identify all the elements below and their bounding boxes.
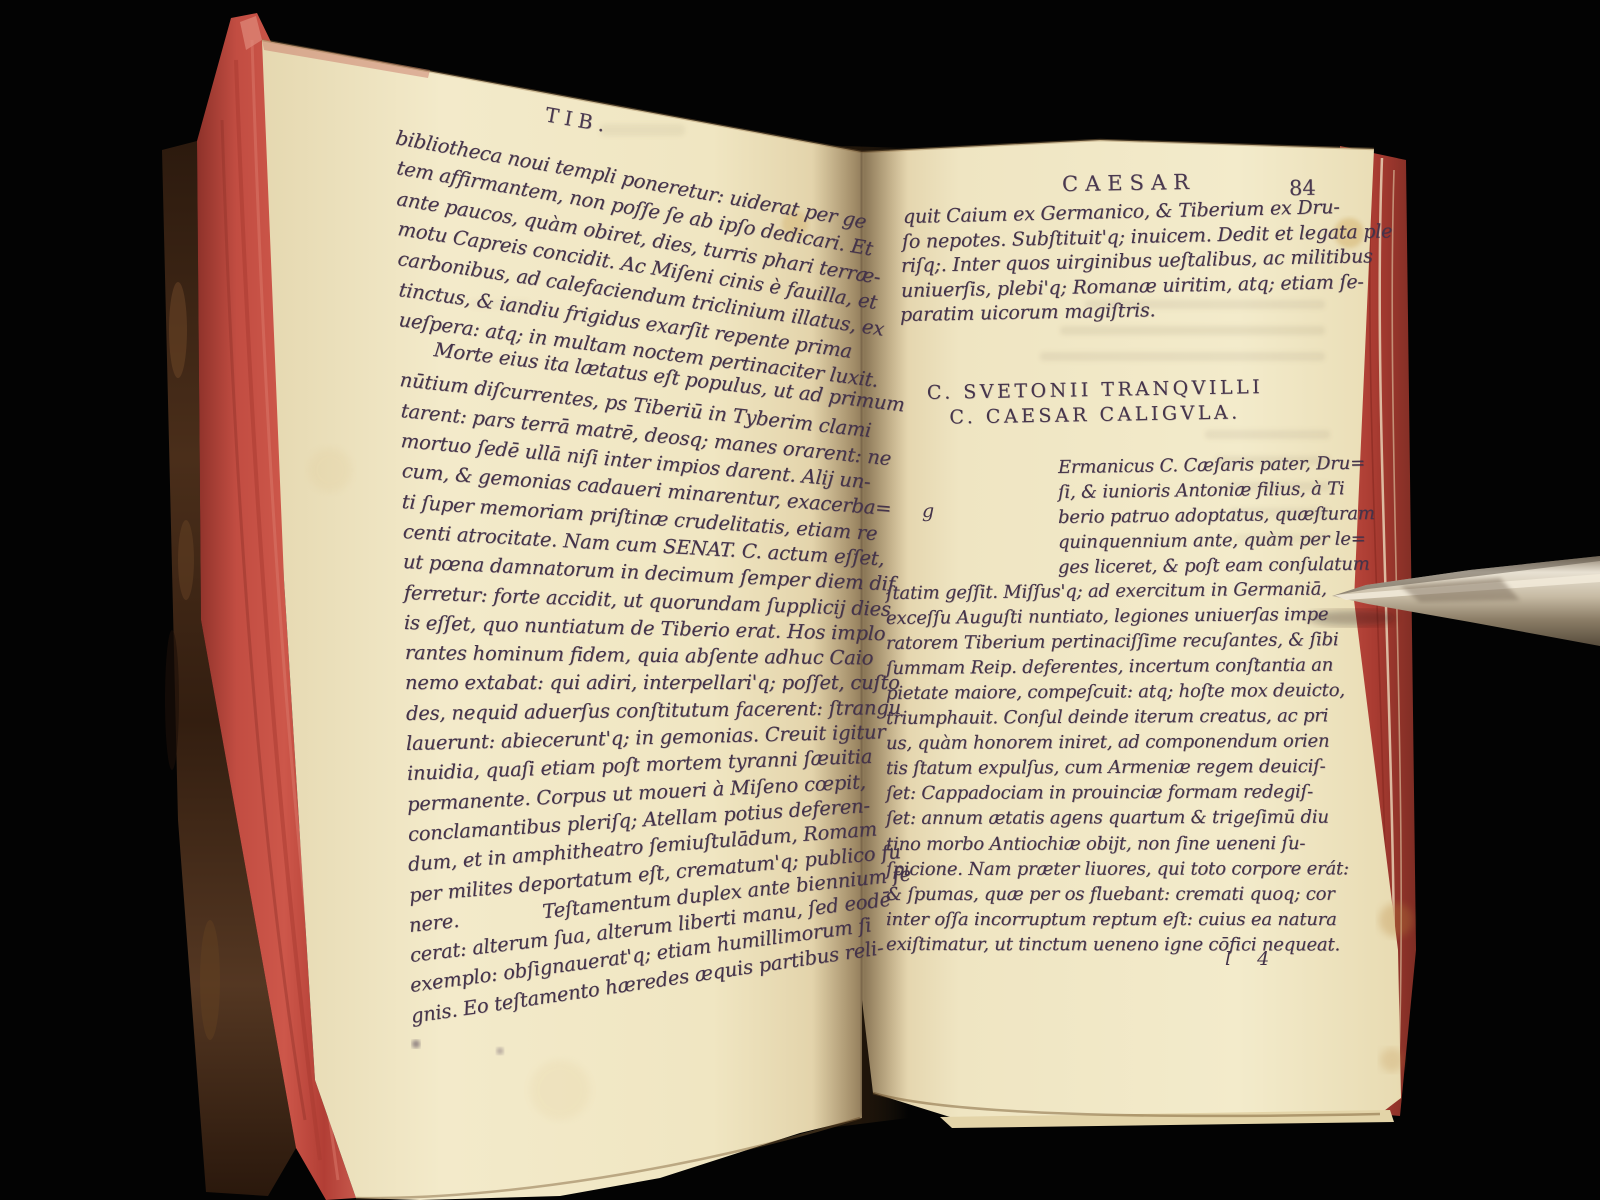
- text-line: exceſſu Auguſti nuntiato, legiones uniue…: [886, 604, 1329, 629]
- text-line: nemo extabat: qui adiri, interpellari'q;…: [405, 671, 900, 694]
- text-line: ſi, & iunioris Antoniæ filius, à Ti: [1058, 478, 1345, 503]
- text-line: ges liceret, & poſt eam conſulatum: [1058, 554, 1370, 578]
- page-text-layer: TIB. bibliotheca noui templi poneretur: …: [0, 0, 1600, 1200]
- text-line: ſpicione. Nam præter liuores, qui toto c…: [886, 858, 1349, 880]
- section-heading-line-2: C. CAESAR CALIGVLA.: [865, 400, 1325, 430]
- text-line: tino morbo Antiochiæ obijt, non ſine uen…: [886, 833, 1305, 855]
- text-line: berio patruo adoptatus, quæſturam: [1058, 503, 1375, 528]
- text-line: quinquennium ante, quàm per le=: [1058, 529, 1366, 554]
- text-line: des, nequid aduerſus conſtitutum faceren…: [405, 696, 900, 725]
- text-line: exiſtimatur, ut tinctum ueneno igne cōfi…: [886, 934, 1340, 955]
- signature-mark: l 4: [1225, 948, 1269, 970]
- text-line: Ermanicus C. Cæſaris pater, Dru=: [1058, 453, 1365, 478]
- text-line: & ſpumas, quæ per os fluebant: cremati q…: [886, 883, 1335, 904]
- text-line: inter oſſa incorruptum reptum eſt: cuius…: [886, 909, 1337, 930]
- text-line: ſet: annum ætatis agens quartum & trigeſ…: [886, 807, 1329, 829]
- text-line: us, quàm honorem iniret, ad componendum …: [886, 731, 1329, 754]
- book-photo: TIB. bibliotheca noui templi poneretur: …: [0, 0, 1600, 1200]
- text-line: rantes hominum fidem, quia abſente adhuc…: [404, 641, 873, 669]
- text-line: triumphauit. Conſul deinde iterum creatu…: [886, 705, 1328, 729]
- text-line: ſummam Reip. deferentes, incertum conſta…: [886, 654, 1333, 678]
- text-line: ſet: Cappadociam in prouinciæ formam red…: [886, 782, 1313, 805]
- left-running-header: TIB.: [543, 102, 612, 137]
- guide-letter: g: [922, 500, 934, 522]
- text-line: paratim uicorum magiſtris.: [900, 299, 1156, 326]
- right-running-header: CAESAR: [1062, 170, 1196, 196]
- text-line: tis ſtatum expulſus, cum Armeniæ regem d…: [886, 756, 1326, 779]
- text-line: pietate maiore, compeſcuit: atq; hoſte m…: [886, 680, 1345, 704]
- text-line: ratorem Tiberium pertinaciſſime recuſant…: [886, 629, 1339, 654]
- text-line: ſtatim geſſit. Miſſus'q; ad exercitum in…: [886, 578, 1327, 603]
